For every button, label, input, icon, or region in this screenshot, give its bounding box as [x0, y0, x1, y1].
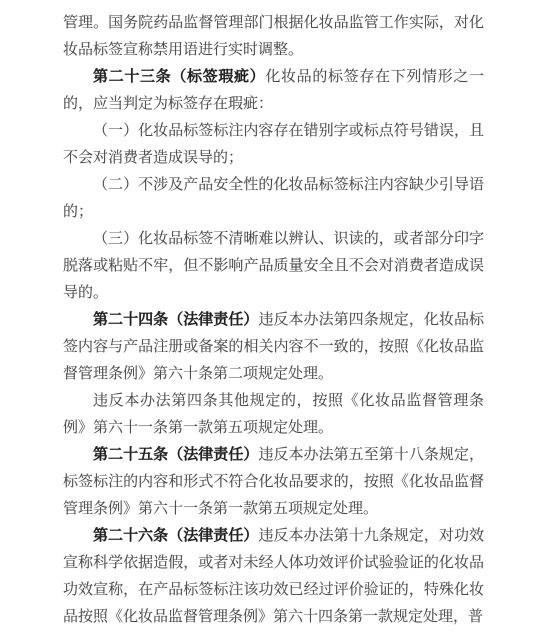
document-body: 管理。国务院药品监督管理部门根据化妆品监管工作实际，对化妆品标签宣称禁用语进行实… [63, 10, 484, 631]
paragraph: （一）化妆品标签标注内容存在错别字或标点符号错误，且不会对消费者造成误导的； [63, 118, 484, 172]
paragraph: （三）化妆品标签不清晰难以辨认、识读的，或者部分印字脱落或粘贴不牢，但不影响产品… [63, 226, 484, 307]
article-heading: 第二十四条（法律责任） [93, 312, 258, 328]
article-paragraph: 第二十三条（标签瑕疵）化妆品的标签存在下列情形之一的，应当判定为标签存在瑕疵： [63, 64, 484, 118]
paragraph: 违反本办法第四条其他规定的，按照《化妆品监督管理条例》第六十一条第一款第五项规定… [63, 388, 484, 442]
article-heading: 第二十六条（法律责任） [93, 528, 258, 544]
article-paragraph: 第二十六条（法律责任）违反本办法第十九条规定，对功效宣称科学依据造假，或者对未经… [63, 523, 484, 631]
article-paragraph: 第二十五条（法律责任）违反本办法第五至第十八条规定，标签标注的内容和形式不符合化… [63, 442, 484, 523]
paragraph: 管理。国务院药品监督管理部门根据化妆品监管工作实际，对化妆品标签宣称禁用语进行实… [63, 10, 484, 64]
article-heading: 第二十五条（法律责任） [93, 447, 258, 463]
paragraph: （二）不涉及产品安全性的化妆品标签标注内容缺少引导语的； [63, 172, 484, 226]
document-page: 管理。国务院药品监督管理部门根据化妆品监管工作实际，对化妆品标签宣称禁用语进行实… [0, 0, 558, 639]
article-paragraph: 第二十四条（法律责任）违反本办法第四条规定，化妆品标签内容与产品注册或备案的相关… [63, 307, 484, 388]
article-heading: 第二十三条（标签瑕疵） [93, 69, 265, 85]
